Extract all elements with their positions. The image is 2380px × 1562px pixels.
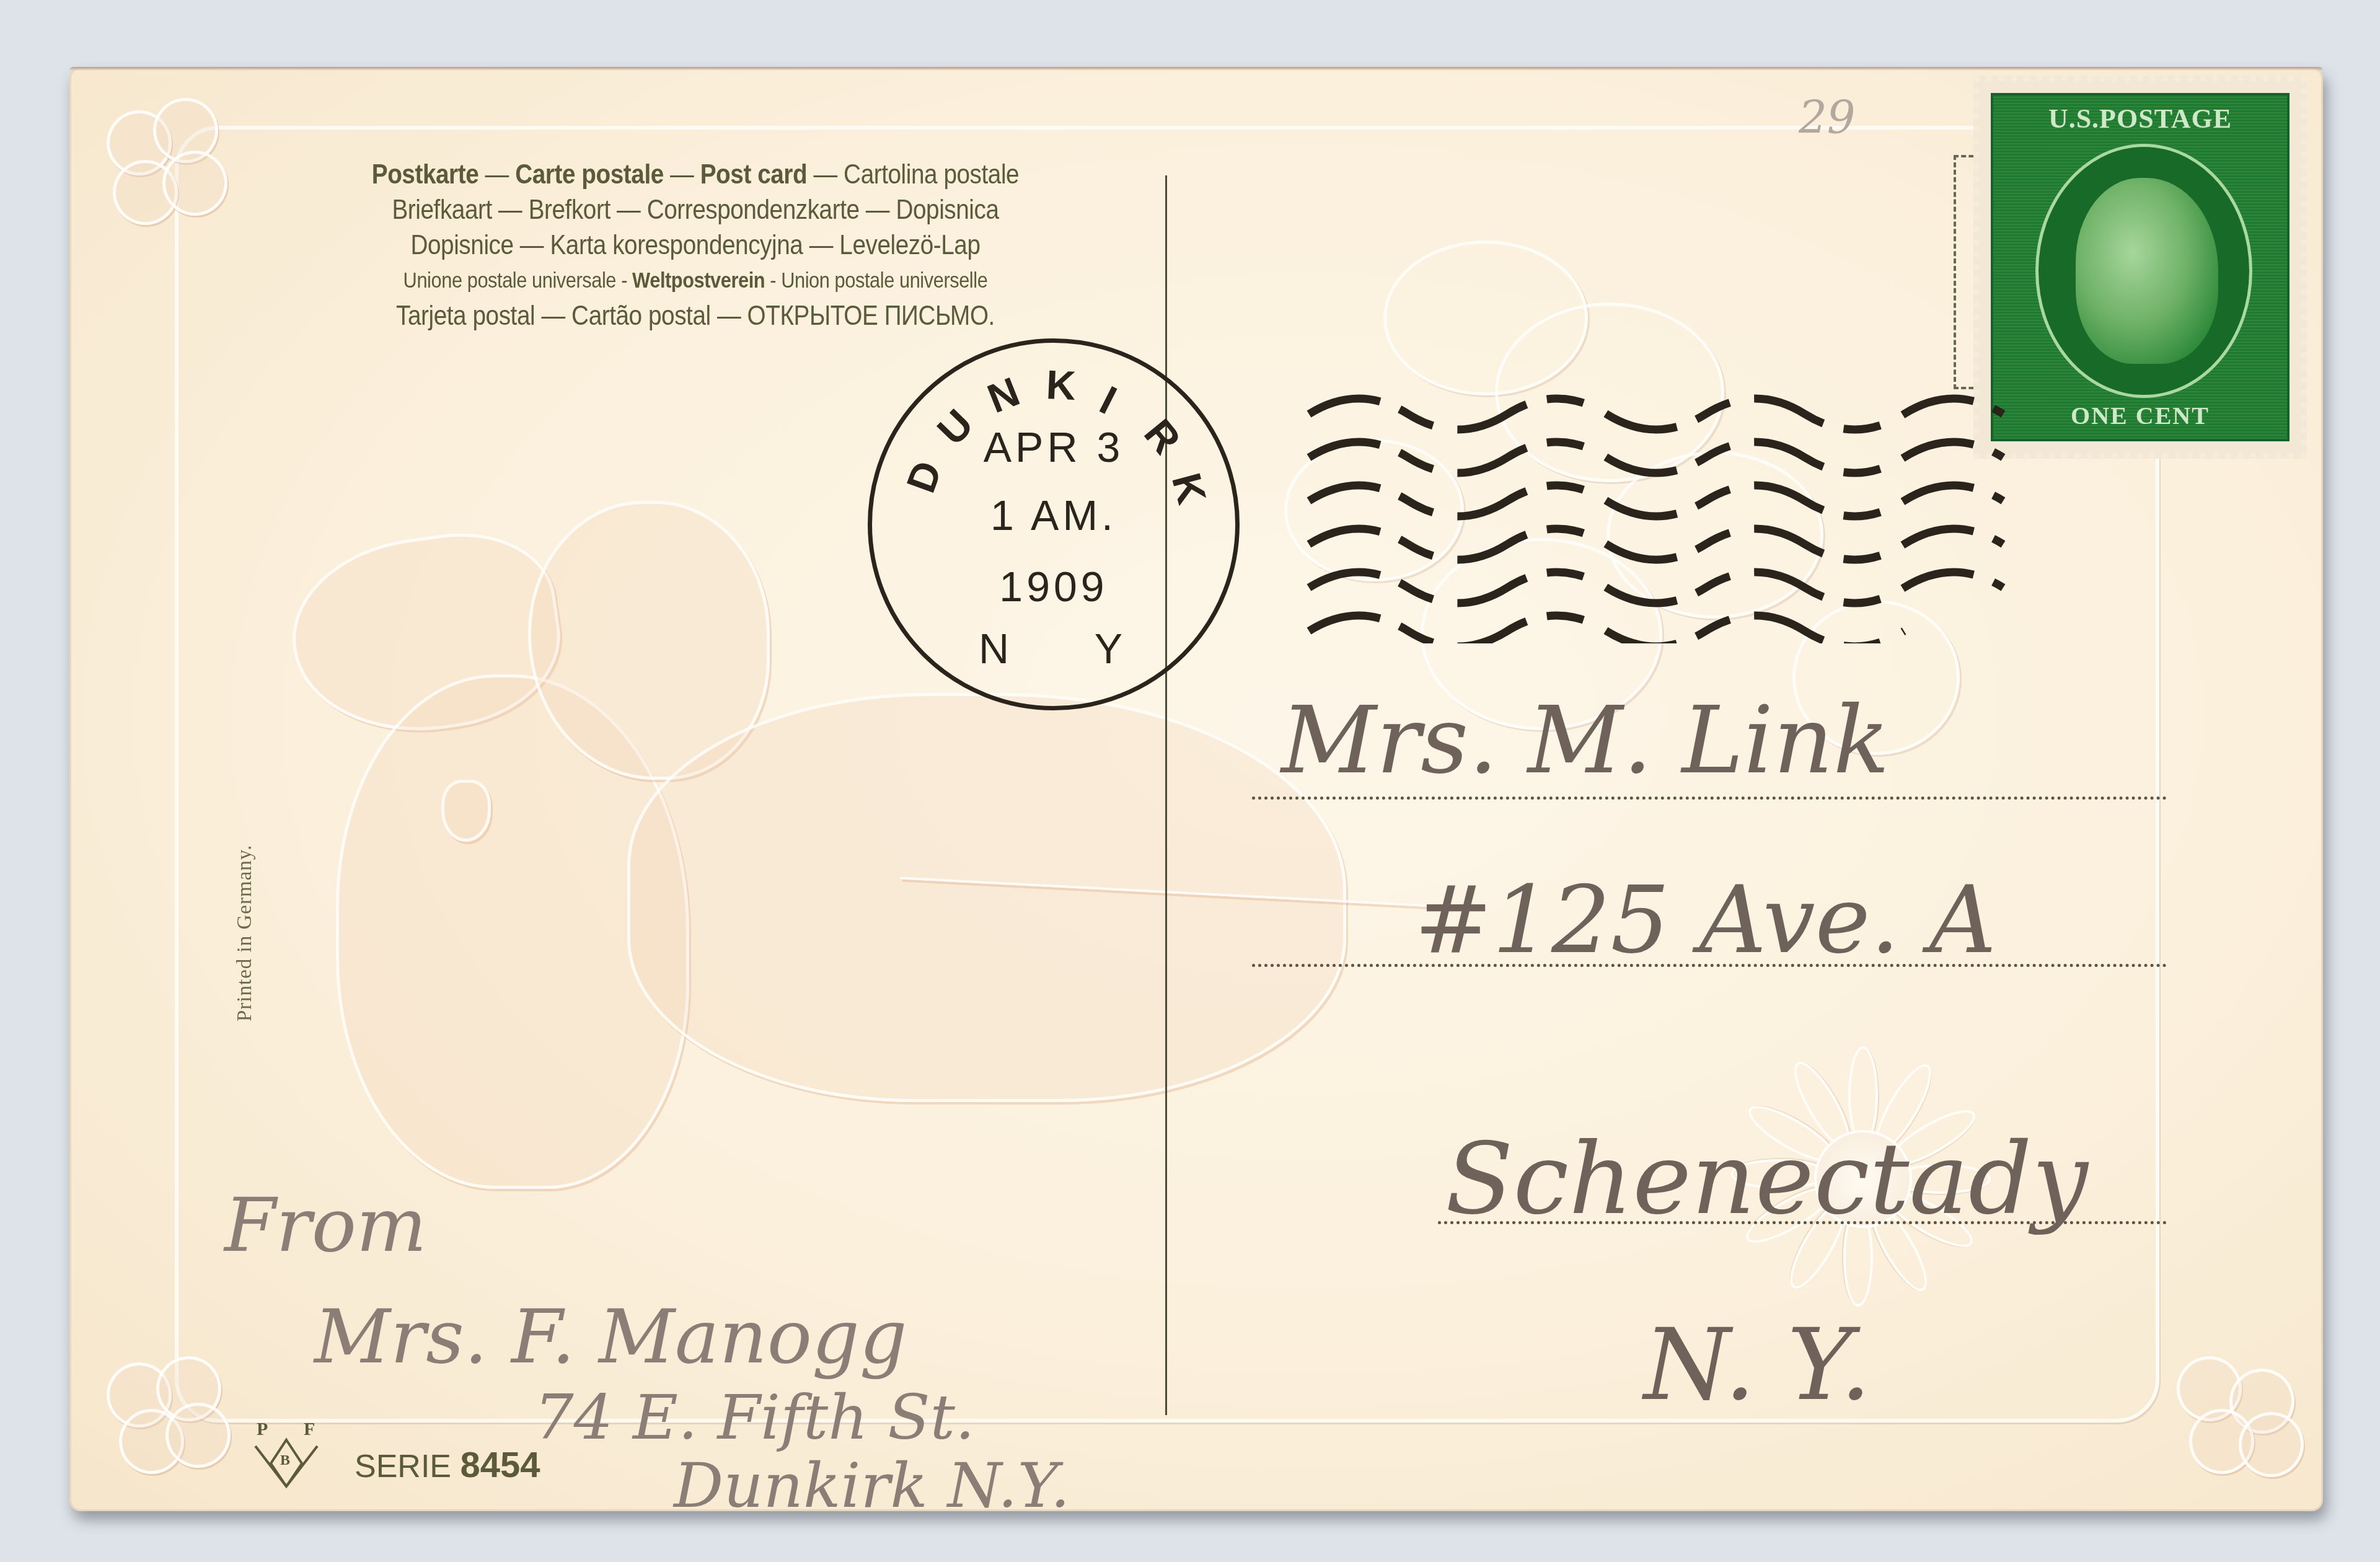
- header-segment: Post card: [700, 159, 807, 190]
- header-segment: Postkarte: [372, 159, 479, 190]
- dunkirk-postmark: DUNKIRK APR 3 1 AM. 1909 N Y: [868, 338, 1240, 710]
- header-segment: — Cartolina postale: [807, 159, 1019, 190]
- header-segment: —: [664, 159, 700, 190]
- sender-city: Dunkirk N.Y.: [674, 1449, 1070, 1522]
- header-line-5: Tarjeta postal — Cartão postal — ОТКРЫТО…: [281, 298, 1110, 333]
- address-line-1: [1252, 796, 2167, 800]
- header-segment: Unione postale universale -: [403, 268, 632, 293]
- header-segment: Carte postale: [515, 159, 664, 190]
- stamp-top-text: U.S.POSTAGE: [1993, 103, 2287, 135]
- printed-in-germany: Printed in Germany.: [234, 845, 257, 1021]
- header-line-4: Unione postale universale - Weltpostvere…: [281, 263, 1110, 298]
- header-segment: - Union postale universelle: [765, 268, 987, 293]
- postcard-back: Postkarte — Carte postale — Post card — …: [69, 67, 2323, 1511]
- pfb-publisher-logo-icon: P F B: [249, 1421, 324, 1489]
- postmark-city-letter: I: [1093, 376, 1124, 423]
- recipient-state: N. Y.: [1644, 1307, 1871, 1423]
- corner-flower-icon: [94, 92, 231, 228]
- header-segment: Weltpostverein: [632, 268, 765, 293]
- recipient-street: #125 Ave. A: [1414, 867, 1996, 974]
- card-edge: [69, 67, 2323, 71]
- postmark-state: N Y: [872, 625, 1235, 673]
- header-line-1: Postkarte — Carte postale — Post card — …: [281, 157, 1110, 192]
- postmark-year: 1909: [872, 563, 1235, 611]
- postcard-header: Postkarte — Carte postale — Post card — …: [224, 157, 1166, 333]
- wavy-cancellation-lines: [1303, 371, 2034, 643]
- recipient-city: Schenectady: [1445, 1121, 2088, 1237]
- serie-label: SERIE: [355, 1449, 451, 1485]
- header-segment: —: [478, 159, 515, 190]
- serie-number: SERIE 8454: [355, 1444, 540, 1486]
- pencil-price-note: 29: [1799, 92, 1856, 144]
- recipient-name: Mrs. M. Link: [1281, 687, 1890, 795]
- postmark-city-letter: N: [981, 368, 1026, 422]
- sender-name: Mrs. F. Manogg: [314, 1294, 907, 1380]
- divider-line: [1165, 175, 1167, 1415]
- sender-from-label: From: [224, 1183, 427, 1269]
- corner-flower-icon: [94, 1344, 231, 1480]
- stamp-bottom-text: ONE CENT: [1993, 401, 2287, 430]
- postmark-date: APR 3: [872, 423, 1235, 472]
- postmark-time: 1 AM.: [872, 492, 1235, 540]
- postmark-city-letter: K: [1045, 361, 1077, 409]
- corner-flower-icon: [2171, 1344, 2307, 1480]
- sender-street: 74 E. Fifth St.: [534, 1381, 975, 1454]
- header-line-2: Briefkaart — Brefkort — Correspondenzkar…: [281, 192, 1110, 227]
- franklin-portrait-icon: [2035, 144, 2252, 398]
- serie-value: 8454: [461, 1445, 540, 1485]
- stamp-design: U.S.POSTAGE ONE CENT: [1991, 93, 2290, 441]
- header-line-3: Dopisnice — Karta korespondencyjna — Lev…: [281, 227, 1110, 263]
